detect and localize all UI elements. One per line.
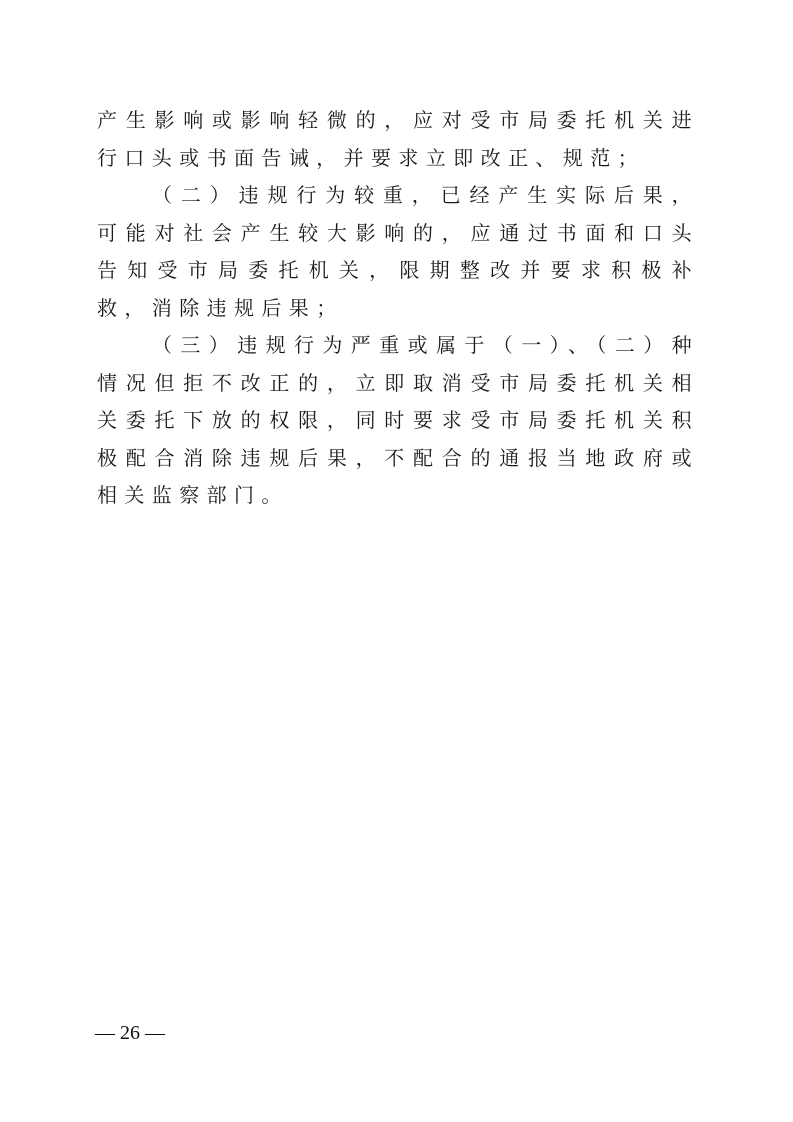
paragraph-continuation: 产生影响或影响轻微的，应对受市局委托机关进行口头或书面告诫，并要求立即改正、规范… xyxy=(97,102,699,177)
paragraph-item-2: （二）违规行为较重，已经产生实际后果，可能对社会产生较大影响的，应通过书面和口头… xyxy=(97,177,699,327)
paragraph-item-3: （三）违规行为严重或属于（一）、（二）种情况但拒不改正的，立即取消受市局委托机关… xyxy=(97,327,699,515)
page-number: — 26 — xyxy=(95,1022,165,1045)
document-page: 产生影响或影响轻微的，应对受市局委托机关进行口头或书面告诫，并要求立即改正、规范… xyxy=(0,0,793,1122)
body-text: 产生影响或影响轻微的，应对受市局委托机关进行口头或书面告诫，并要求立即改正、规范… xyxy=(97,102,699,515)
